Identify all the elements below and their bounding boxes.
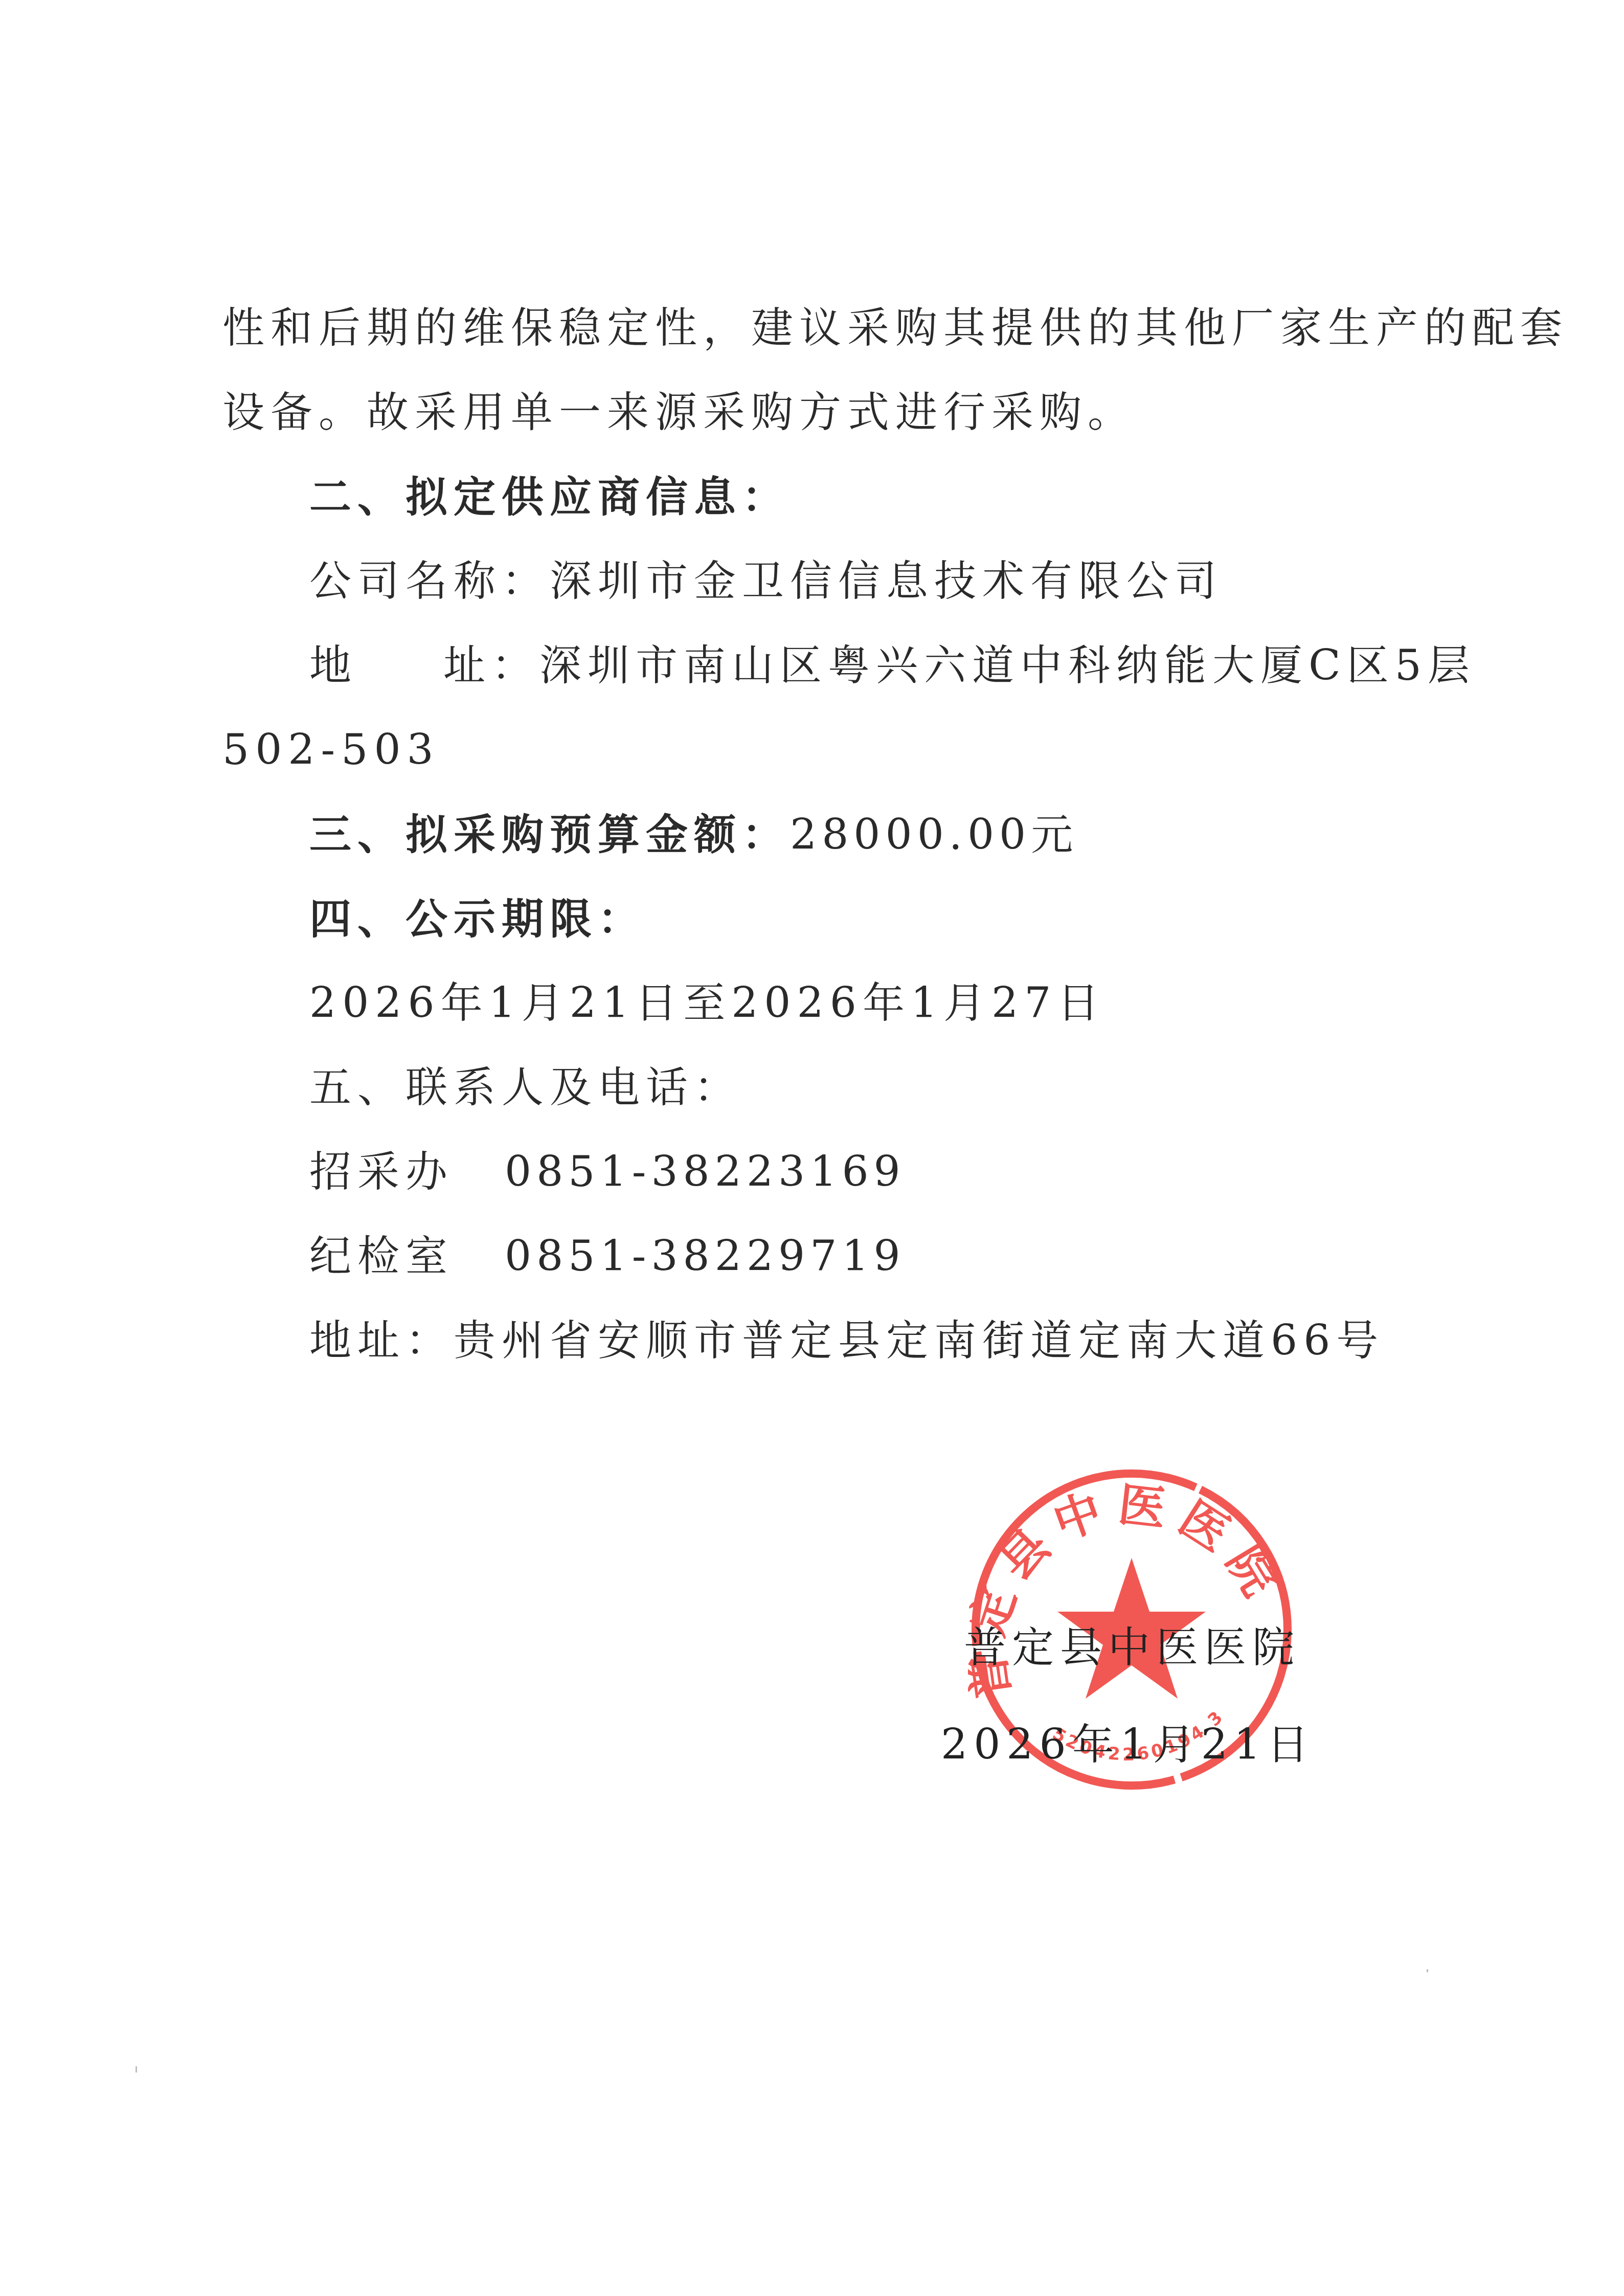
address-label-part1: 地 [309,641,357,690]
scan-speck [136,2066,137,2072]
document-page: 性和后期的维保稳定性，建议采购其提供的其他厂家生产的配套 设备。故采用单一来源采… [0,0,1624,2296]
supplier-address-row: 地址：深圳市南山区粤兴六道中科纳能大厦C区5层 [309,640,1476,692]
section2-heading: 二、拟定供应商信息： [309,472,790,523]
section4-heading: 四、公示期限： [309,894,646,945]
paragraph-line-2: 设备。故采用单一来源采购方式进行采购。 [222,387,1136,438]
hospital-address-row: 地址：贵州省安顺市普定县定南街道定南大道66号 [309,1316,1384,1367]
contact-row: 招采办0851-38223169 [309,1147,906,1198]
company-value: 深圳市金卫信信息技术有限公司 [550,557,1223,606]
contact-phone: 0851-38229719 [505,1232,906,1281]
scan-speck [1427,1969,1428,1972]
hospital-address-label: 地址： [309,1317,454,1365]
address-label-part2: 址： [443,641,539,690]
signature-date: 2026年1月21日 [941,1720,1315,1771]
publicity-period: 2026年1月21日至2026年1月27日 [309,978,1105,1029]
section5-heading: 五、联系人及电话： [309,1062,742,1113]
contact-row: 纪检室0851-38229719 [309,1231,906,1282]
supplier-address-line2: 502-503 [222,725,440,776]
company-label: 公司名称： [309,557,550,606]
paragraph-line-1: 性和后期的维保稳定性，建议采购其提供的其他厂家生产的配套 [222,303,1568,354]
signature-organization: 普定县中医医院 [964,1622,1300,1674]
budget-amount: 28000.00 [790,811,1031,859]
section3-heading: 三、拟采购预算金额： [309,810,790,859]
budget-unit: 元 [1031,811,1079,859]
contact-dept: 招采办 [309,1148,454,1196]
supplier-address-value: 深圳市南山区粤兴六道中科纳能大厦C区5层 [539,641,1476,690]
contact-dept: 纪检室 [309,1232,454,1281]
budget-row: 三、拟采购预算金额：28000.00元 [309,809,1079,861]
company-name-row: 公司名称：深圳市金卫信信息技术有限公司 [309,556,1223,607]
contact-phone: 0851-38223169 [505,1148,906,1196]
hospital-address-value: 贵州省安顺市普定县定南街道定南大道66号 [454,1317,1384,1365]
